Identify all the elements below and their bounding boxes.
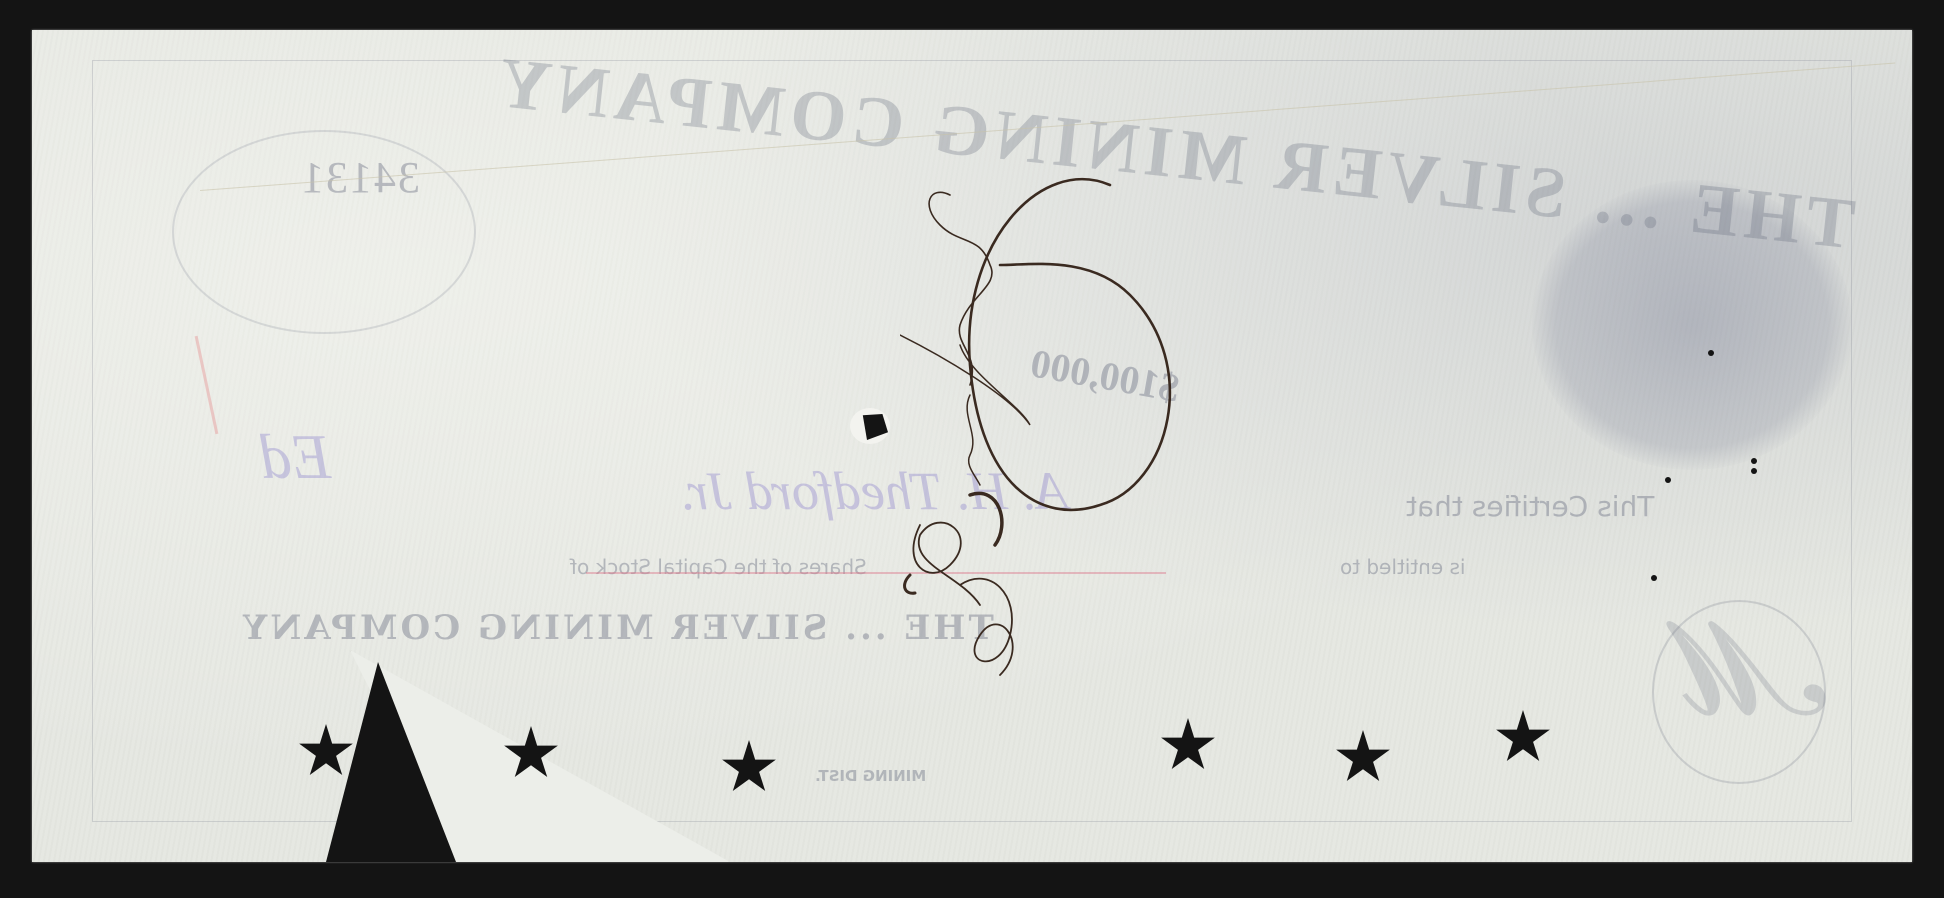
pinhole bbox=[1708, 350, 1714, 356]
company-name: THE ... SILVER MINING COMPANY bbox=[240, 608, 994, 648]
entitled-text: is entitled to bbox=[1340, 555, 1466, 579]
pinhole bbox=[1651, 575, 1657, 581]
mining-district: MINING DIST. bbox=[815, 767, 926, 785]
pinhole bbox=[1751, 468, 1757, 474]
certifies-text: This Certifies that bbox=[1406, 490, 1654, 523]
pinhole bbox=[1751, 458, 1757, 464]
pinhole bbox=[1665, 477, 1671, 483]
shares-text: Shares of the Capital Stock of bbox=[570, 555, 867, 579]
purple-stamp-left: Ed bbox=[260, 420, 331, 494]
monogram-glyph: 𝓜 bbox=[1680, 595, 1826, 746]
signature bbox=[900, 165, 1260, 685]
